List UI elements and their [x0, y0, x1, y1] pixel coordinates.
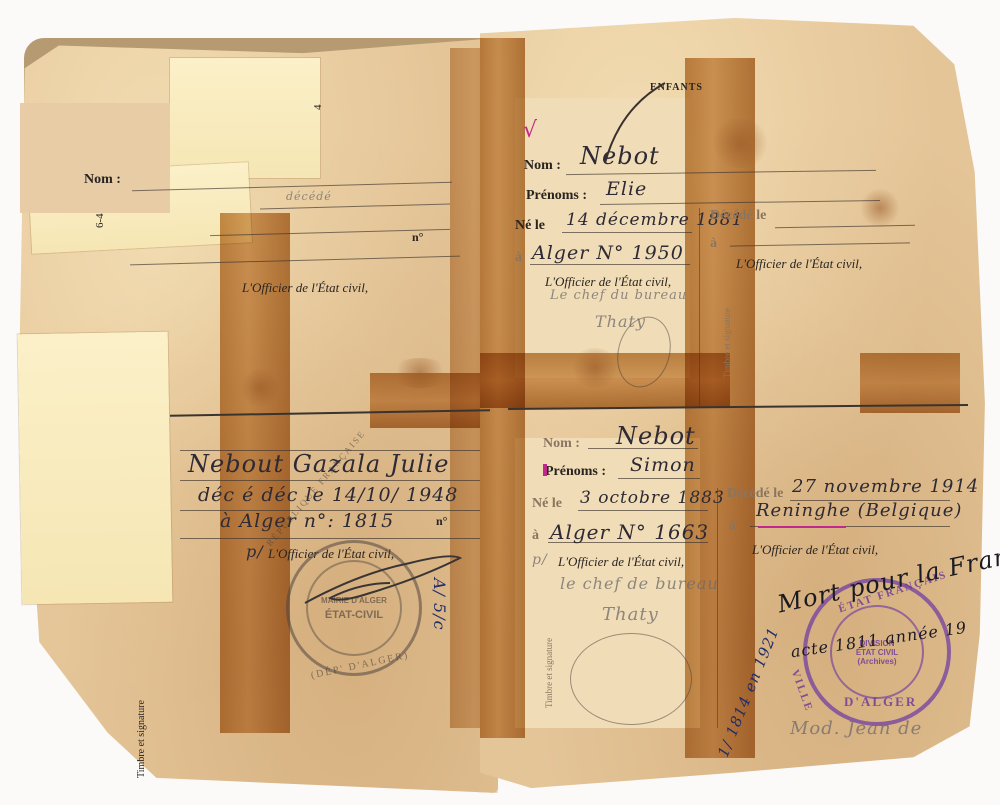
rule — [180, 538, 480, 539]
paper-patch — [20, 103, 170, 213]
decede-a-label: à — [729, 518, 736, 534]
prenoms-value: Simon — [630, 454, 696, 476]
prenoms-value: Elie — [606, 178, 647, 200]
column-divider — [717, 488, 718, 728]
nom-label: Nom : — [524, 158, 561, 174]
officer-prefix: p/ — [532, 552, 548, 568]
stamp-outer-bottom: D'ALGER — [844, 694, 917, 710]
faint-note: Mod. Jean de — [790, 718, 922, 739]
ne-value: 3 octobre 1883 — [580, 488, 725, 508]
officer-label: L'Officier de l'État civil, — [242, 280, 368, 296]
prenoms-pink-mark — [543, 464, 547, 476]
side-mark: 6-4 — [94, 213, 106, 228]
nom-value: Nebot — [616, 422, 696, 450]
numero-label: n° — [436, 514, 447, 529]
officer-note: le chef de bureau — [560, 574, 719, 593]
rule — [562, 232, 692, 233]
officer-prefix: p/ — [246, 542, 264, 561]
rule — [578, 510, 708, 511]
paper-patch — [18, 332, 173, 605]
stain — [390, 358, 450, 388]
stain — [570, 348, 620, 388]
a-value: Alger N° 1663 — [550, 520, 709, 544]
stain — [710, 118, 770, 168]
decede-officer-label: L'Officier de l'État civil, — [752, 542, 878, 558]
column-divider — [699, 208, 700, 408]
handwritten-death-date: déc é déc le 14/10/ 1948 — [198, 484, 458, 506]
document-photo: 4 ENFANTS Nom : 6-4 décédé n° L'Officier… — [10, 18, 995, 793]
handwritten-place: à Alger n°: 1815 — [220, 510, 394, 532]
handwritten-name: Nebout Gazala Julie — [188, 450, 449, 478]
a-label: à — [532, 528, 539, 544]
paper-patch — [170, 58, 320, 178]
rule — [618, 478, 700, 479]
a-value: Alger N° 1950 — [532, 242, 684, 264]
officer-note: Le chef du bureau — [550, 288, 687, 303]
page-number: 4 — [312, 105, 324, 111]
ne-label: Né le — [532, 496, 562, 512]
decede-label: Décédé le — [710, 208, 766, 224]
signature-label: Timbre et signature — [722, 308, 732, 378]
signature-scribble — [300, 553, 470, 613]
check-mark: √ — [523, 118, 538, 143]
numero-label: n° — [412, 230, 423, 245]
stamp-center-line3: (Archives) — [857, 657, 896, 666]
officer-label: L'Officier de l'État civil, — [558, 554, 684, 570]
decede-value: 27 novembre 1914 — [792, 476, 979, 497]
nom-label: Nom : — [543, 436, 580, 452]
officer-signature: Thaty — [602, 604, 659, 625]
signature-label: Timbre et signature — [544, 638, 554, 708]
ne-label: Né le — [515, 218, 545, 234]
bracket-stroke — [600, 78, 670, 168]
rule — [180, 480, 480, 481]
decede-officer-label: L'Officier de l'État civil, — [736, 256, 862, 272]
decede-a-label: à — [710, 236, 717, 252]
rule — [530, 264, 690, 265]
nom-label: Nom : — [84, 172, 121, 188]
stain — [860, 188, 900, 228]
faded-stamp-ring — [570, 633, 692, 725]
prenoms-label: Prénoms : — [526, 188, 587, 204]
prenoms-label: Prénoms : — [545, 464, 606, 480]
handwritten-note: décédé — [286, 190, 332, 203]
a-label: à — [515, 250, 522, 266]
decede-place: Reninghe (Belgique) — [756, 500, 962, 521]
stain — [240, 368, 280, 408]
signature-label: Timbre et signature — [136, 700, 147, 778]
place-underline — [758, 526, 846, 528]
